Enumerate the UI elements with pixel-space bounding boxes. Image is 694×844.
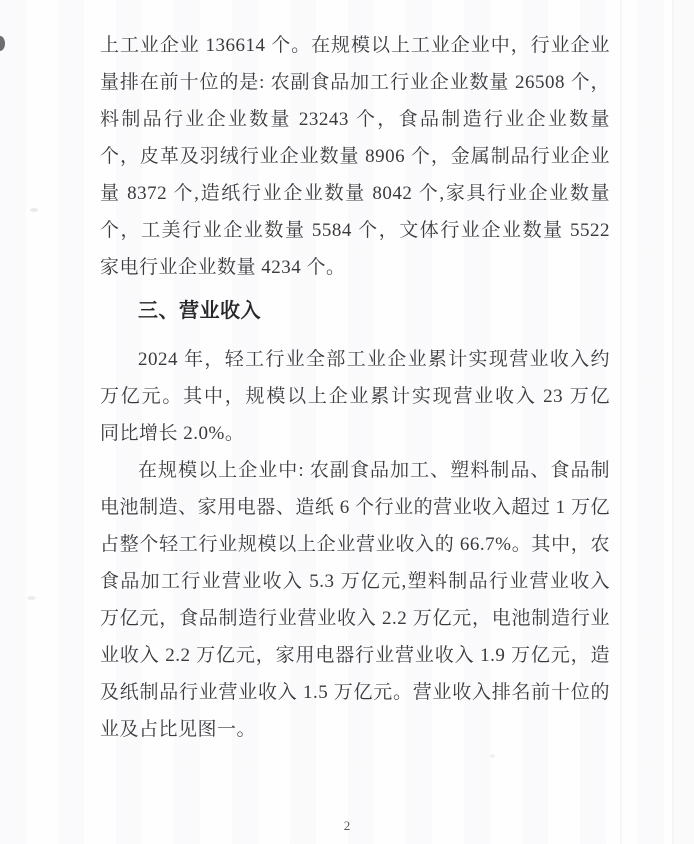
- text-line: 同比增长 2.0%。: [100, 415, 610, 452]
- text-line: 个，工美行业企业数量 5584 个，文体行业企业数量 5522 个，: [100, 212, 610, 249]
- text-line: 万亿元。其中，规模以上企业累计实现营业收入 23 万亿元，: [100, 378, 610, 415]
- scan-artifact-line: [620, 0, 622, 844]
- text-line: 及纸制品行业营业收入 1.5 万亿元。营业收入排名前十位的行: [100, 674, 610, 711]
- page-number: 2: [344, 818, 351, 834]
- text-line: 业及占比见图一。: [100, 711, 610, 748]
- scan-speck: [490, 754, 495, 758]
- document-page: 上工业企业 136614 个。在规模以上工业企业中，行业企业数量排在前十位的是:…: [0, 0, 694, 844]
- text-line: 占整个轻工行业规模以上企业营业收入的 66.7%。其中，农副: [100, 526, 610, 563]
- document-text: 上工业企业 136614 个。在规模以上工业企业中，行业企业数量排在前十位的是:…: [100, 27, 610, 748]
- text-line: 业收入 2.2 万亿元，家用电器行业营业收入 1.9 万亿元，造纸: [100, 637, 610, 674]
- text-line: 上工业企业 136614 个。在规模以上工业企业中，行业企业数: [100, 27, 610, 64]
- text-line: 个，皮革及羽绒行业企业数量 8906 个，金属制品行业企业数: [100, 138, 610, 175]
- page-footer: 2: [0, 817, 694, 835]
- scan-edge-mark: [0, 36, 5, 51]
- text-line: 电池制造、家用电器、造纸 6 个行业的营业收入超过 1 万亿元，: [100, 489, 610, 526]
- text-line: 家电行业企业数量 4234 个。: [100, 249, 610, 286]
- scan-speck: [27, 596, 36, 600]
- text-line: 在规模以上企业中: 农副食品加工、塑料制品、食品制造、: [100, 452, 610, 489]
- text-line: 量 8372 个,造纸行业企业数量 8042 个,家具行业企业数量 7459: [100, 175, 610, 212]
- text-line: 料制品行业企业数量 23243 个，食品制造行业企业数量 10625: [100, 101, 610, 138]
- text-line: 万亿元，食品制造行业营业收入 2.2 万亿元，电池制造行业营: [100, 600, 610, 637]
- text-line: 食品加工行业营业收入 5.3 万亿元,塑料制品行业营业收入 2.3: [100, 563, 610, 600]
- scan-artifact-band: [674, 0, 694, 844]
- scan-speck: [30, 208, 38, 212]
- text-line: 量排在前十位的是: 农副食品加工行业企业数量 26508 个，塑: [100, 64, 610, 101]
- section-heading: 三、营业收入: [100, 293, 610, 330]
- text-line: 2024 年，轻工行业全部工业企业累计实现营业收入约 27: [100, 341, 610, 378]
